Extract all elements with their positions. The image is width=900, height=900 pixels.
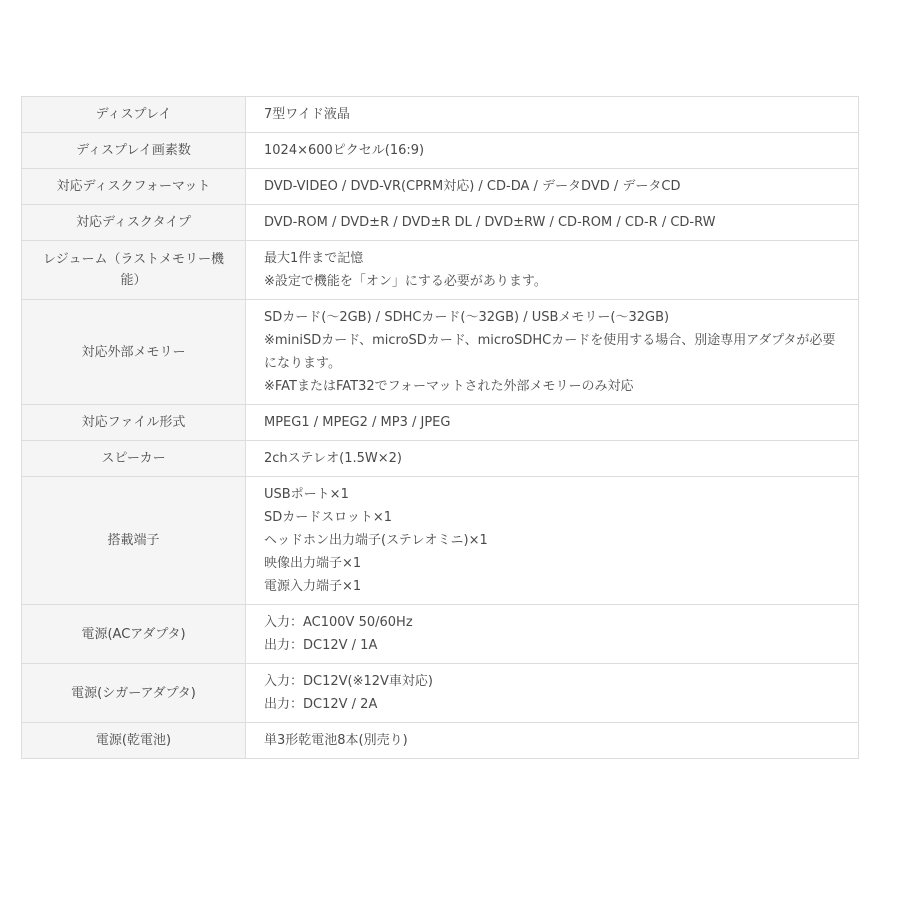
- spec-table-row: 対応外部メモリー SDカード(～2GB) / SDHCカード(～32GB) / …: [22, 300, 859, 405]
- spec-row-label: 対応ディスクフォーマット: [22, 169, 246, 205]
- spec-value-line: 電源入力端子×1: [264, 575, 840, 598]
- spec-value-line: 1024×600ピクセル(16:9): [264, 139, 840, 162]
- spec-table-row: 対応ディスクフォーマット DVD-VIDEO / DVD-VR(CPRM対応) …: [22, 169, 859, 205]
- spec-row-label: 対応ディスクタイプ: [22, 205, 246, 241]
- spec-row-value: 1024×600ピクセル(16:9): [246, 133, 859, 169]
- spec-row-value: 7型ワイド液晶: [246, 97, 859, 133]
- spec-table-row: ディスプレイ 7型ワイド液晶: [22, 97, 859, 133]
- spec-value-line: 出力：DC12V / 1A: [264, 634, 840, 657]
- spec-row-value: SDカード(～2GB) / SDHCカード(～32GB) / USBメモリー(～…: [246, 300, 859, 405]
- spec-value-line: ※FATまたはFAT32でフォーマットされた外部メモリーのみ対応: [264, 375, 840, 398]
- spec-row-label: 対応ファイル形式: [22, 405, 246, 441]
- spec-value-line: DVD-ROM / DVD±R / DVD±R DL / DVD±RW / CD…: [264, 211, 840, 234]
- page: ディスプレイ 7型ワイド液晶 ディスプレイ画素数 1024×600ピクセル(16…: [0, 0, 900, 900]
- spec-value-line: ※miniSDカード、microSDカード、microSDHCカードを使用する場…: [264, 329, 840, 375]
- spec-value-line: SDカード(～2GB) / SDHCカード(～32GB) / USBメモリー(～…: [264, 306, 840, 329]
- spec-row-value: 入力：DC12V(※12V車対応)出力：DC12V / 2A: [246, 664, 859, 723]
- spec-value-line: 入力：DC12V(※12V車対応): [264, 670, 840, 693]
- spec-table-row: 電源(乾電池) 単3形乾電池8本(別売り): [22, 723, 859, 759]
- spec-value-line: ヘッドホン出力端子(ステレオミニ)×1: [264, 529, 840, 552]
- spec-table-row: 搭載端子 USBポート×1SDカードスロット×1ヘッドホン出力端子(ステレオミニ…: [22, 477, 859, 605]
- spec-row-value: DVD-VIDEO / DVD-VR(CPRM対応) / CD-DA / データ…: [246, 169, 859, 205]
- spec-table-row: 電源(ACアダプタ) 入力：AC100V 50/60Hz出力：DC12V / 1…: [22, 605, 859, 664]
- spec-value-line: USBポート×1: [264, 483, 840, 506]
- spec-row-value: DVD-ROM / DVD±R / DVD±R DL / DVD±RW / CD…: [246, 205, 859, 241]
- spec-value-line: 7型ワイド液晶: [264, 103, 840, 126]
- spec-table-row: 対応ディスクタイプ DVD-ROM / DVD±R / DVD±R DL / D…: [22, 205, 859, 241]
- spec-row-label: 搭載端子: [22, 477, 246, 605]
- spec-value-line: DVD-VIDEO / DVD-VR(CPRM対応) / CD-DA / データ…: [264, 175, 840, 198]
- spec-value-line: 出力：DC12V / 2A: [264, 693, 840, 716]
- spec-row-value: USBポート×1SDカードスロット×1ヘッドホン出力端子(ステレオミニ)×1映像…: [246, 477, 859, 605]
- spec-value-line: 入力：AC100V 50/60Hz: [264, 611, 840, 634]
- spec-value-line: ※設定で機能を「オン」にする必要があります。: [264, 270, 840, 293]
- spec-row-value: MPEG1 / MPEG2 / MP3 / JPEG: [246, 405, 859, 441]
- spec-value-line: SDカードスロット×1: [264, 506, 840, 529]
- spec-value-line: MPEG1 / MPEG2 / MP3 / JPEG: [264, 411, 840, 434]
- spec-row-label: 電源(ACアダプタ): [22, 605, 246, 664]
- spec-value-line: 単3形乾電池8本(別売り): [264, 729, 840, 752]
- spec-row-label: 対応外部メモリー: [22, 300, 246, 405]
- spec-row-label: 電源(乾電池): [22, 723, 246, 759]
- spec-table: ディスプレイ 7型ワイド液晶 ディスプレイ画素数 1024×600ピクセル(16…: [21, 96, 859, 759]
- spec-row-value: 最大1件まで記憶※設定で機能を「オン」にする必要があります。: [246, 241, 859, 300]
- spec-row-label: スピーカー: [22, 441, 246, 477]
- spec-row-label: レジューム（ラストメモリー機能）: [22, 241, 246, 300]
- spec-row-label: ディスプレイ画素数: [22, 133, 246, 169]
- spec-table-row: 電源(シガーアダプタ) 入力：DC12V(※12V車対応)出力：DC12V / …: [22, 664, 859, 723]
- spec-value-line: 2chステレオ(1.5W×2): [264, 447, 840, 470]
- spec-table-row: 対応ファイル形式 MPEG1 / MPEG2 / MP3 / JPEG: [22, 405, 859, 441]
- spec-row-value: 2chステレオ(1.5W×2): [246, 441, 859, 477]
- spec-table-row: スピーカー 2chステレオ(1.5W×2): [22, 441, 859, 477]
- spec-row-label: 電源(シガーアダプタ): [22, 664, 246, 723]
- spec-table-row: ディスプレイ画素数 1024×600ピクセル(16:9): [22, 133, 859, 169]
- spec-row-value: 単3形乾電池8本(別売り): [246, 723, 859, 759]
- spec-value-line: 最大1件まで記憶: [264, 247, 840, 270]
- spec-table-row: レジューム（ラストメモリー機能） 最大1件まで記憶※設定で機能を「オン」にする必…: [22, 241, 859, 300]
- spec-row-value: 入力：AC100V 50/60Hz出力：DC12V / 1A: [246, 605, 859, 664]
- spec-row-label: ディスプレイ: [22, 97, 246, 133]
- spec-value-line: 映像出力端子×1: [264, 552, 840, 575]
